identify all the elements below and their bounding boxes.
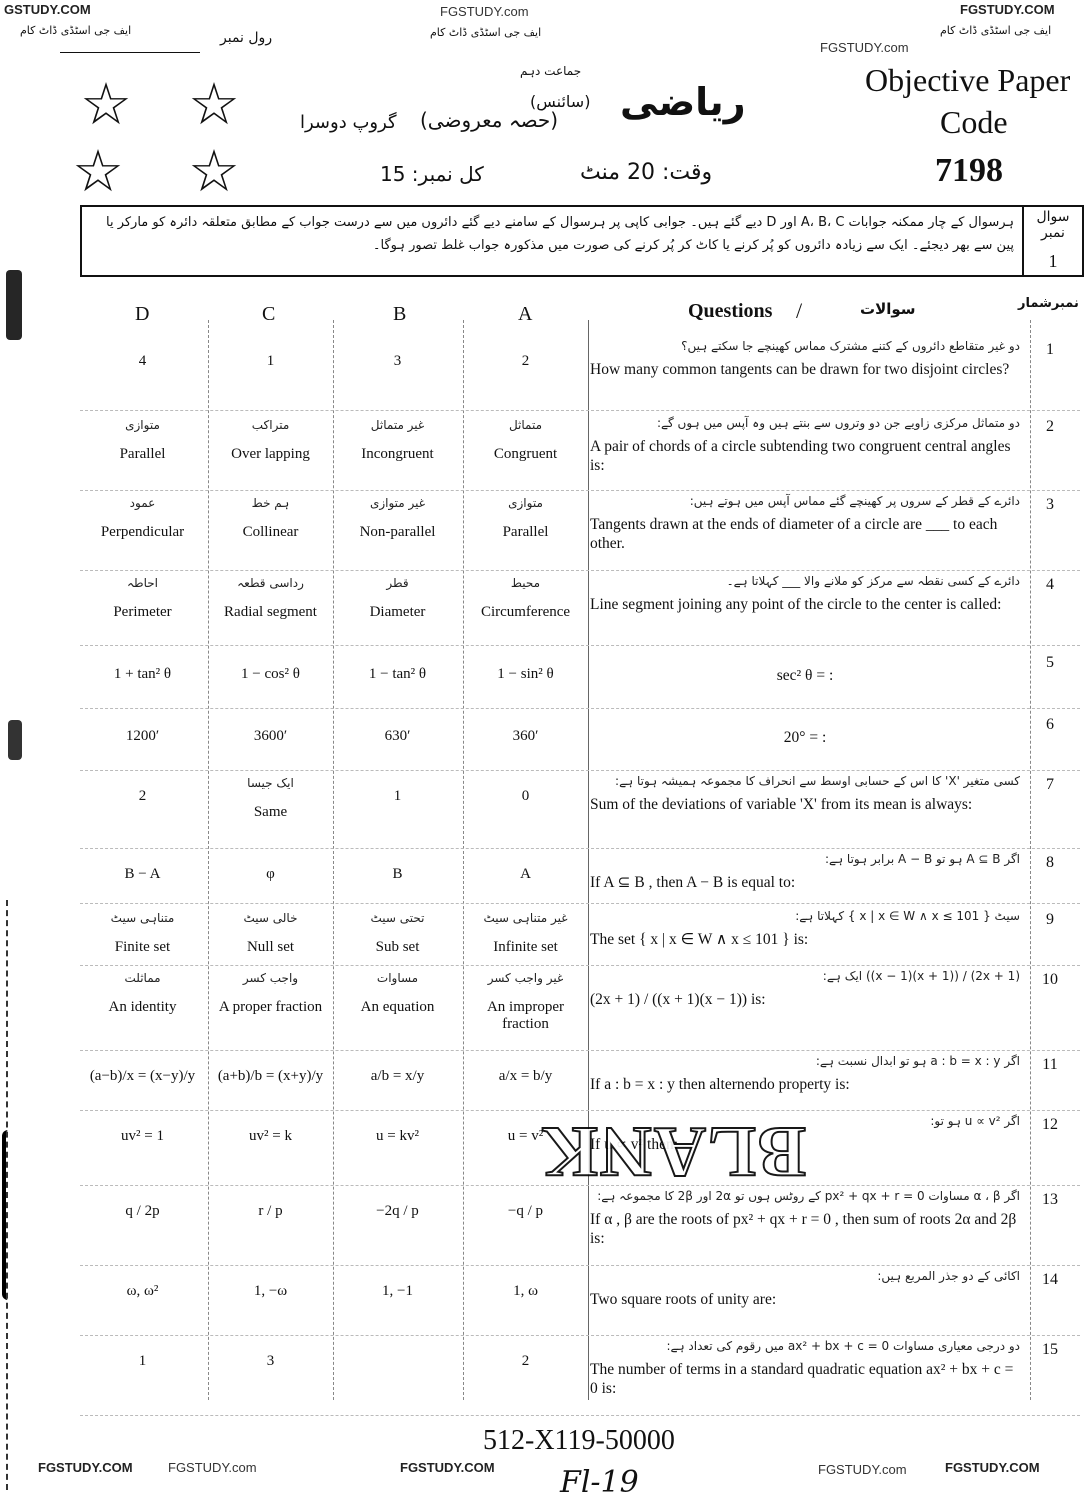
question-text-cell: اکائی کے دو جذر المربع ہیں:Two square ro… [590, 1269, 1020, 1309]
question-urdu: دو متماثل مرکزی زاویے جن دو وتروں سے بنت… [590, 416, 1020, 431]
option-c-text: Same [254, 804, 287, 820]
question-urdu: اگر A ⊆ B ہو تو A − B برابر ہوتا ہے: [590, 852, 1020, 867]
watermark-top-center: FGSTUDY.com [440, 4, 529, 19]
code-value: 7198 [935, 152, 1003, 190]
option-c: r / p [208, 1203, 333, 1220]
header-slash: / [796, 298, 802, 324]
question-row: B − AφBAاگر A ⊆ B ہو تو A − B برابر ہوتا… [80, 848, 1080, 904]
star-icon: ☆ [72, 142, 124, 200]
option-b: 1 − tan² θ [335, 666, 460, 683]
option-c-urdu: ایک جیسا [208, 776, 333, 790]
option-b: u = kv² [335, 1128, 460, 1145]
question-number: 14 [1030, 1271, 1070, 1289]
option-d: 1200′ [80, 728, 205, 745]
question-row: 4132دو غیر متقاطع دائروں کے کتنے مشترک م… [80, 335, 1080, 411]
question-text-cell: دائرے کے کسی نقطہ سے مرکز کو ملانے والا … [590, 574, 1020, 614]
option-a: −q / p [463, 1203, 588, 1220]
option-b: B [335, 866, 460, 883]
option-a-text: −q / p [508, 1203, 543, 1219]
option-a-text: A [520, 866, 531, 882]
option-b: غیر متوازیNon-parallel [335, 496, 460, 541]
handwritten-mark [8, 720, 22, 760]
watermark-bottom: FGSTUDY.COM [400, 1460, 495, 1475]
option-b-urdu: قطر [335, 576, 460, 590]
option-d: عمودPerpendicular [80, 496, 205, 541]
question-row: احاطہPerimeterرداسی قطعہRadial segmentقط… [80, 570, 1080, 646]
question-english: The set { x | x ∈ W ∧ x ≤ 101 } is: [590, 931, 808, 948]
star-icon: ☆ [188, 75, 240, 133]
option-b-text: 3 [394, 353, 402, 369]
roll-number-line [60, 52, 200, 53]
option-d: uv² = 1 [80, 1128, 205, 1145]
option-b-text: B [392, 866, 402, 882]
option-d-text: 1200′ [126, 728, 159, 744]
question-text-cell: اگر a : b = x : y ہو تو ابدال نسبت ہے:If… [590, 1054, 1020, 1094]
header-option-c: C [262, 303, 275, 326]
question-urdu: (2x + 1) / ((x + 1)(x − 1)) ایک ہے: [590, 969, 1020, 984]
option-d: مماثلتAn identity [80, 971, 205, 1016]
option-b-text: 1 − tan² θ [369, 666, 426, 682]
question-text-cell: دو متماثل مرکزی زاویے جن دو وتروں سے بنت… [590, 416, 1020, 476]
subject-title: ریاضی [620, 80, 746, 124]
option-d-text: Perimeter [113, 604, 171, 620]
header-option-d: D [135, 303, 149, 326]
option-d: 1 + tan² θ [80, 666, 205, 683]
option-c: 1 [208, 353, 333, 370]
option-a: متوازیParallel [463, 496, 588, 541]
option-d: احاطہPerimeter [80, 576, 205, 621]
option-d-text: q / 2p [125, 1203, 159, 1219]
option-a-urdu: متماثل [463, 418, 588, 432]
option-c-text: r / p [258, 1203, 282, 1219]
option-b: تحتی سیٹSub set [335, 911, 460, 956]
question-text-cell: اگر A ⊆ B ہو تو A − B برابر ہوتا ہے:If A… [590, 852, 1020, 892]
question-text-cell: دائرے کے قطر کے سروں پر کھینچے گئے مماس … [590, 494, 1020, 554]
question-english: If a : b = x : y then alternendo propert… [590, 1076, 850, 1093]
option-d: B − A [80, 866, 205, 883]
class-label: جماعت دہم [520, 64, 581, 78]
option-c-text: Radial segment [224, 604, 317, 620]
option-d: ω, ω² [80, 1283, 205, 1300]
option-a: 2 [463, 353, 588, 370]
question-text-cell: دو غیر متقاطع دائروں کے کتنے مشترک مماس … [590, 339, 1020, 379]
option-d-urdu: عمود [80, 496, 205, 510]
option-c: φ [208, 866, 333, 883]
option-a-text: 1, ω [513, 1283, 538, 1299]
option-a-urdu: محیط [463, 576, 588, 590]
watermark-bottom: FGSTUDY.com [168, 1460, 257, 1475]
option-b: 1 [335, 788, 460, 805]
option-a: a/x = b/y [463, 1068, 588, 1085]
option-c-text: 1 − cos² θ [241, 666, 300, 682]
option-d-text: 1 [139, 1353, 147, 1369]
option-d-urdu: متناہی سیٹ [80, 911, 205, 925]
group-label: گروپ دوسرا [300, 112, 397, 133]
blank-stamp: BLANK [540, 1110, 806, 1193]
option-d: متوازیParallel [80, 418, 205, 463]
option-b-text: 1, −1 [382, 1283, 413, 1299]
question-text-cell: دو درجی معیاری مساوات ax² + bx + c = 0 م… [590, 1339, 1020, 1399]
watermark-bottom: FGSTUDY.COM [38, 1460, 133, 1475]
option-c-text: Null set [247, 939, 294, 955]
option-d: (a−b)/x = (x−y)/y [80, 1068, 205, 1085]
question-number: 8 [1030, 854, 1070, 872]
question-english: Two square roots of unity are: [590, 1291, 776, 1308]
option-c-text: uv² = k [249, 1128, 292, 1144]
option-c: 1 − cos² θ [208, 666, 333, 683]
option-a: محیطCircumference [463, 576, 588, 621]
option-d-text: B − A [125, 866, 161, 882]
option-d: q / 2p [80, 1203, 205, 1220]
option-b-text: a/b = x/y [371, 1068, 424, 1084]
option-a-text: u = v² [508, 1128, 543, 1144]
question-english: How many common tangents can be drawn fo… [590, 361, 1009, 378]
question-row: متناہی سیٹFinite setخالی سیٹNull setتحتی… [80, 905, 1080, 966]
option-d-text: Finite set [115, 939, 170, 955]
question-text-cell: sec² θ = : [590, 666, 1020, 685]
option-a-text: Parallel [503, 524, 549, 540]
watermark-top-left: GSTUDY.COM [4, 2, 91, 17]
question-number: 6 [1030, 716, 1070, 734]
header-questions: Questions [688, 300, 772, 323]
question-row: 2ایک جیساSame10کسی متغیر 'X' کا اس کے حس… [80, 770, 1080, 849]
option-a: 1, ω [463, 1283, 588, 1300]
option-c-text: (a+b)/b = (x+y)/y [218, 1068, 323, 1084]
option-a-text: An improper fraction [487, 999, 564, 1032]
option-b-urdu: غیر متوازی [335, 496, 460, 510]
option-d: 2 [80, 788, 205, 805]
option-a: 1 − sin² θ [463, 666, 588, 683]
question-text-cell: اگر α ، β مساوات px² + qx + r = 0 کے روٹ… [590, 1189, 1020, 1249]
option-a-text: Infinite set [493, 939, 558, 955]
question-urdu: سیٹ { x | x ∈ W ∧ x ≤ 101 } کہلاتا ہے: [590, 909, 1020, 924]
handwritten-note: Fl-19 [560, 1465, 639, 1498]
option-c: 1, −ω [208, 1283, 333, 1300]
option-a-text: 2 [522, 353, 530, 369]
option-a: 2 [463, 1353, 588, 1370]
option-b-text: An equation [361, 999, 435, 1015]
question-english: Line segment joining any point of the ci… [590, 596, 1001, 613]
option-d-text: ω, ω² [127, 1283, 159, 1299]
option-c-text: Over lapping [231, 446, 310, 462]
question-row: مماثلتAn identityواجب کسرA proper fracti… [80, 965, 1080, 1051]
question-row: 1 + tan² θ1 − cos² θ1 − tan² θ1 − sin² θ… [80, 648, 1080, 709]
question-english: Sum of the deviations of variable 'X' fr… [590, 796, 972, 813]
question-urdu: کسی متغیر 'X' کا اس کے حسابی اوسط سے انح… [590, 774, 1020, 789]
option-c: خالی سیٹNull set [208, 911, 333, 956]
watermark-bottom: FGSTUDY.com [818, 1462, 907, 1477]
question-number: 1 [1030, 341, 1070, 359]
option-a-text: a/x = b/y [499, 1068, 552, 1084]
option-d: 4 [80, 353, 205, 370]
question-english: sec² θ = : [777, 667, 834, 684]
question-text-cell: کسی متغیر 'X' کا اس کے حسابی اوسط سے انح… [590, 774, 1020, 814]
paper-serial-code: 512-X119-50000 [483, 1425, 675, 1457]
code-label: Code [940, 104, 1008, 141]
option-a: A [463, 866, 588, 883]
option-b: 1, −1 [335, 1283, 460, 1300]
question-english: The number of terms in a standard quadra… [590, 1361, 1013, 1397]
option-b-text: 1 [394, 788, 402, 804]
question-number: 4 [1030, 576, 1070, 594]
watermark-urdu-center: ایف جی اسٹڈی ڈاٹ کام [430, 26, 541, 39]
question-number: 9 [1030, 911, 1070, 929]
question-urdu: اگر a : b = x : y ہو تو ابدال نسبت ہے: [590, 1054, 1020, 1069]
option-b: 630′ [335, 728, 460, 745]
option-b: 3 [335, 353, 460, 370]
option-d-text: 2 [139, 788, 147, 804]
option-c-text: 1 [267, 353, 275, 369]
option-a-text: Congruent [494, 446, 557, 462]
option-d-text: An identity [109, 999, 177, 1015]
question-number: 2 [1030, 418, 1070, 436]
question-english: A pair of chords of a circle subtending … [590, 438, 1011, 474]
option-a-text: 2 [522, 1353, 530, 1369]
option-c-text: 1, −ω [254, 1283, 287, 1299]
time-label: وقت: 20 منٹ [580, 160, 712, 185]
question-row: q / 2pr / p−2q / p−q / pاگر α ، β مساوات… [80, 1185, 1080, 1266]
option-d-urdu: احاطہ [80, 576, 205, 590]
question-number: 7 [1030, 776, 1070, 794]
question-urdu: دائرے کے کسی نقطہ سے مرکز کو ملانے والا … [590, 574, 1020, 589]
option-a-urdu: غیر متناہی سیٹ [463, 911, 588, 925]
option-c-text: Collinear [243, 524, 299, 540]
option-c: رداسی قطعہRadial segment [208, 576, 333, 621]
option-b-text: Diameter [370, 604, 426, 620]
option-d-urdu: مماثلت [80, 971, 205, 985]
roll-number-label: رول نمبر [220, 30, 272, 46]
question-text-cell: سیٹ { x | x ∈ W ∧ x ≤ 101 } کہلاتا ہے:Th… [590, 909, 1020, 949]
question-english: (2x + 1) / ((x + 1)(x − 1)) is: [590, 991, 766, 1008]
option-a-urdu: متوازی [463, 496, 588, 510]
option-c-text: 3 [267, 1353, 275, 1369]
question-english: 20° = : [784, 729, 827, 746]
question-urdu: دو غیر متقاطع دائروں کے کتنے مشترک مماس … [590, 339, 1020, 354]
watermark-top-right: FGSTUDY.COM [960, 2, 1055, 17]
option-d-text: uv² = 1 [121, 1128, 164, 1144]
option-a: متماثلCongruent [463, 418, 588, 463]
option-a: غیر واجب کسرAn improper fraction [463, 971, 588, 1033]
option-b-text: Sub set [376, 939, 420, 955]
section-label: (حصہ معروضی) [420, 108, 558, 132]
option-a-text: 0 [522, 788, 530, 804]
question-number: 10 [1030, 971, 1070, 989]
question-text-cell: (2x + 1) / ((x + 1)(x − 1)) ایک ہے:(2x +… [590, 969, 1020, 1009]
option-d-urdu: متوازی [80, 418, 205, 432]
option-a-text: 1 − sin² θ [497, 666, 553, 682]
option-c: 3 [208, 1353, 333, 1370]
watermark-bottom: FGSTUDY.COM [945, 1460, 1040, 1475]
option-d-text: Perpendicular [101, 524, 184, 540]
header-serial-number: نمبرشمار [1018, 296, 1079, 311]
option-c: (a+b)/b = (x+y)/y [208, 1068, 333, 1085]
option-c: uv² = k [208, 1128, 333, 1145]
option-b: −2q / p [335, 1203, 460, 1220]
question-row: عمودPerpendicularہم خطCollinearغیر متواز… [80, 490, 1080, 571]
option-b-text: Non-parallel [360, 524, 436, 540]
handwritten-mark [6, 270, 22, 340]
option-c: 3600′ [208, 728, 333, 745]
question-number: 5 [1030, 654, 1070, 672]
question-row: متوازیParallelمتراکبOver lappingغیر متما… [80, 412, 1080, 491]
option-b-text: Incongruent [361, 446, 433, 462]
option-b: غیر متماثلIncongruent [335, 418, 460, 463]
question-urdu: اکائی کے دو جذر المربع ہیں: [590, 1269, 1020, 1284]
watermark-urdu-left: ایف جی اسٹڈی ڈاٹ کام [20, 24, 131, 37]
option-b-urdu: تحتی سیٹ [335, 911, 460, 925]
option-b-text: 630′ [385, 728, 411, 744]
question-number: 11 [1030, 1056, 1070, 1074]
option-c-urdu: متراکب [208, 418, 333, 432]
header-questions-urdu: سوالات [860, 300, 916, 318]
header-option-b: B [393, 303, 406, 326]
option-c-urdu: ہم خط [208, 496, 333, 510]
option-b: a/b = x/y [335, 1068, 460, 1085]
option-d-text: 4 [139, 353, 147, 369]
option-b: قطرDiameter [335, 576, 460, 621]
total-marks-label: کل نمبر: 15 [380, 162, 484, 186]
option-a: غیر متناہی سیٹInfinite set [463, 911, 588, 956]
question-number: 15 [1030, 1341, 1070, 1359]
option-d-text: 1 + tan² θ [114, 666, 171, 682]
question-number: 13 [1030, 1191, 1070, 1209]
option-a-text: 360′ [513, 728, 539, 744]
question-row: ω, ω²1, −ω1, −11, ωاکائی کے دو جذر المرب… [80, 1265, 1080, 1336]
question-number-value: 1 [1024, 251, 1082, 272]
option-c: ایک جیساSame [208, 776, 333, 821]
option-a-text: Circumference [481, 604, 570, 620]
option-a: 360′ [463, 728, 588, 745]
option-d: متناہی سیٹFinite set [80, 911, 205, 956]
question-english: If A ⊆ B , then A − B is equal to: [590, 874, 795, 891]
option-c-urdu: خالی سیٹ [208, 911, 333, 925]
option-d-text: (a−b)/x = (x−y)/y [90, 1068, 195, 1084]
question-urdu: دائرے کے قطر کے سروں پر کھینچے گئے مماس … [590, 494, 1020, 509]
option-a-urdu: غیر واجب کسر [463, 971, 588, 985]
option-d-text: Parallel [120, 446, 166, 462]
option-b-urdu: غیر متماثل [335, 418, 460, 432]
option-c-text: φ [266, 866, 275, 882]
question-row: (a−b)/x = (x−y)/y(a+b)/b = (x+y)/ya/b = … [80, 1050, 1080, 1111]
option-b-text: u = kv² [376, 1128, 419, 1144]
option-c-text: A proper fraction [219, 999, 322, 1015]
option-c: واجب کسرA proper fraction [208, 971, 333, 1016]
option-b: مساواتAn equation [335, 971, 460, 1016]
option-c: متراکبOver lapping [208, 418, 333, 463]
paper-title: Objective Paper [865, 62, 1070, 99]
cut-line [6, 900, 8, 1490]
option-d: 1 [80, 1353, 205, 1370]
watermark-urdu-right: ایف جی اسٹڈی ڈاٹ کام [940, 24, 1051, 37]
question-english: If α , β are the roots of px² + qx + r =… [590, 1211, 1016, 1247]
header-option-a: A [518, 303, 532, 326]
question-row: 132دو درجی معیاری مساوات ax² + bx + c = … [80, 1335, 1080, 1416]
question-number: 12 [1030, 1116, 1070, 1134]
option-a: 0 [463, 788, 588, 805]
question-number-label: سوال نمبر [1036, 209, 1069, 241]
star-icon: ☆ [80, 75, 132, 133]
option-c-text: 3600′ [254, 728, 287, 744]
star-icon: ☆ [188, 142, 240, 200]
option-b-urdu: مساوات [335, 971, 460, 985]
option-c: ہم خطCollinear [208, 496, 333, 541]
question-english: Tangents drawn at the ends of diameter o… [590, 516, 997, 552]
option-c-urdu: واجب کسر [208, 971, 333, 985]
option-b-text: −2q / p [376, 1203, 419, 1219]
watermark-mid-right: FGSTUDY.com [820, 40, 909, 55]
question-urdu: دو درجی معیاری مساوات ax² + bx + c = 0 م… [590, 1339, 1020, 1354]
instructions-box: ہرسوال کے چار ممکنہ جوابات A، B، C اور D… [80, 205, 1084, 277]
instructions-text: ہرسوال کے چار ممکنہ جوابات A، B، C اور D… [82, 207, 1022, 275]
question-row: 1200′3600′630′360′20° = :6 [80, 710, 1080, 771]
question-text-cell: 20° = : [590, 728, 1020, 747]
option-c-urdu: رداسی قطعہ [208, 576, 333, 590]
question-number-box: سوال نمبر 1 [1022, 207, 1082, 275]
question-number: 3 [1030, 496, 1070, 514]
